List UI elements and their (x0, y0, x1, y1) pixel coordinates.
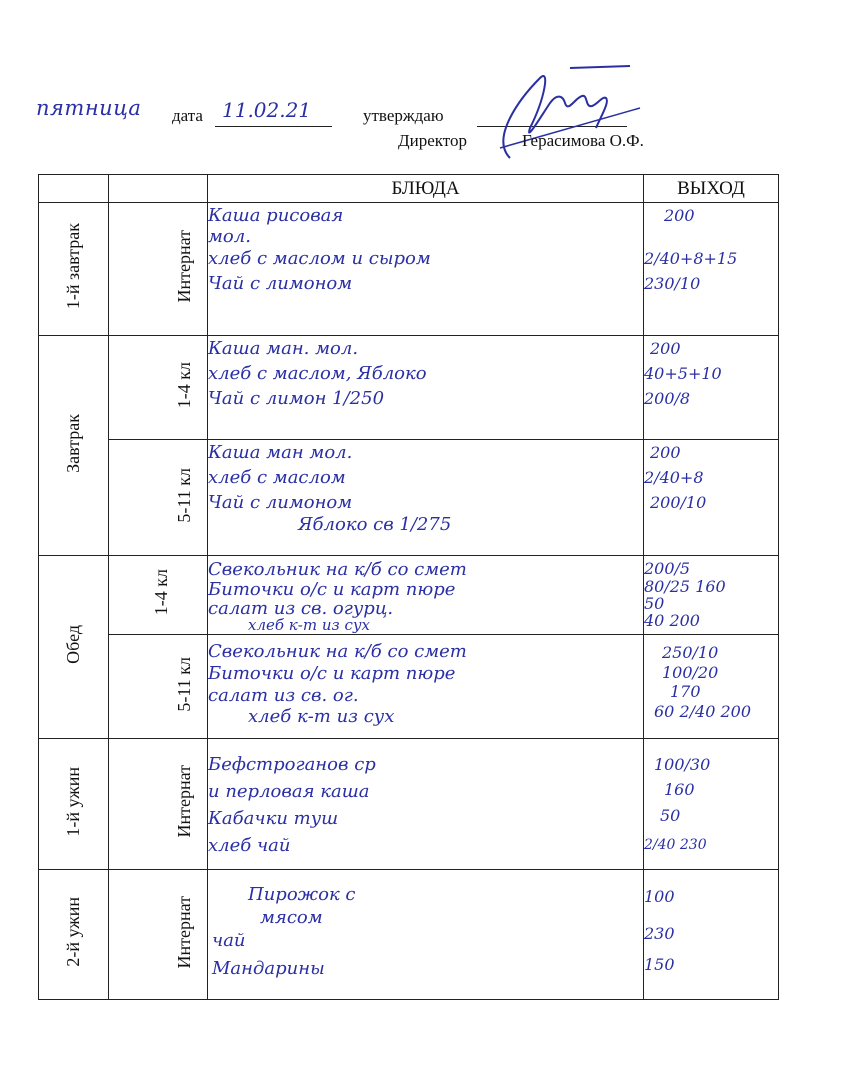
output-line: 50 (644, 596, 778, 612)
output-cell: 100 230 150 (644, 870, 779, 1000)
output-line: 100/30 (644, 751, 778, 778)
dish-line: Мандарины (212, 954, 643, 984)
dish-line: мол. (208, 228, 643, 246)
table-header-row: БЛЮДА ВЫХОД (39, 175, 779, 203)
output-line: 80/25 160 (644, 578, 778, 596)
dishes-cell: Пирожок с мясом чай Мандарины (208, 870, 644, 1000)
dish-line: хлеб с маслом (208, 465, 643, 490)
group-label: 1-4 кл (151, 569, 195, 615)
column-header-meal (39, 175, 109, 203)
dish-line: хлеб с маслом, Яблоко (208, 361, 643, 386)
dish-line: Яблоко св 1/275 (208, 515, 643, 535)
group-label: Интернат (174, 896, 195, 969)
dish-line: Каша ман. мол. (208, 336, 643, 361)
dishes-cell: Каша ман мол. хлеб с маслом Чай с лимоно… (208, 440, 644, 556)
output-line: 60 2/40 200 (654, 701, 778, 723)
dish-line: хлеб к-т из сух (208, 618, 643, 632)
dish-line: Бефстроганов ср (208, 751, 643, 778)
output-line: 2/40+8+15 (644, 246, 778, 271)
column-header-group (109, 175, 208, 203)
output-line: 100/20 (654, 663, 778, 683)
dish-line: Чай с лимоном (208, 490, 643, 515)
group-label: 5-11 кл (174, 657, 195, 712)
meal-cell: Завтрак (39, 336, 109, 556)
output-cell: 100/30 160 50 2/40 230 (644, 739, 779, 870)
output-line: 160 (644, 778, 778, 802)
table-row: 1-й ужин Интернат Бефстроганов ср и перл… (39, 739, 779, 870)
table-row: Завтрак 1-4 кл Каша ман. мол. хлеб с мас… (39, 336, 779, 440)
meal-label: 1-й ужин (63, 767, 84, 837)
dish-line: Свекольник на к/б со смет (208, 560, 643, 580)
output-line: 40+5+10 (644, 361, 778, 386)
group-cell: 1-4 кл (109, 556, 208, 635)
dishes-cell: Каша ман. мол. хлеб с маслом, Яблоко Чай… (208, 336, 644, 440)
output-line: 250/10 (654, 643, 778, 663)
dishes-cell: Бефстроганов ср и перловая каша Кабачки … (208, 739, 644, 870)
output-line (644, 910, 778, 918)
group-cell: Интернат (109, 739, 208, 870)
group-label: Интернат (174, 765, 195, 838)
signature-icon (470, 58, 650, 168)
output-line: 230 (644, 918, 778, 950)
menu-table: БЛЮДА ВЫХОД 1-й завтрак Интернат Каша ри… (38, 174, 779, 1000)
date-underline (215, 126, 332, 127)
dish-line: Чай с лимон 1/250 (208, 386, 643, 411)
output-line: 200/5 (644, 560, 778, 578)
director-name: Герасимова О.Ф. (522, 131, 644, 151)
dish-line: салат из св. ог. (208, 685, 643, 707)
output-line: 100 (644, 884, 778, 910)
dish-line: Свекольник на к/б со смет (208, 641, 643, 663)
director-label: Директор (398, 131, 467, 151)
dishes-cell: Свекольник на к/б со смет Биточки о/с и … (208, 556, 644, 635)
dish-line: мясом (248, 908, 643, 928)
output-line: 50 (644, 802, 778, 830)
dish-line: чай (212, 928, 643, 954)
dish-line: Кабачки туш (208, 805, 643, 832)
group-label: 1-4 кл (174, 362, 195, 408)
output-line: 200 (644, 203, 778, 228)
group-cell: Интернат (109, 870, 208, 1000)
output-cell: 250/10 100/20 170 60 2/40 200 (644, 635, 779, 739)
dish-line: Чай с лимоном (208, 271, 643, 296)
dish-line: и перловая каша (208, 778, 643, 805)
group-label: Интернат (174, 230, 195, 303)
meal-label: Обед (63, 625, 84, 664)
approve-label: утверждаю (363, 106, 444, 126)
output-line: 230/10 (644, 271, 778, 296)
output-cell: 200 40+5+10 200/8 (644, 336, 779, 440)
output-cell: 200 2/40+8 200/10 (644, 440, 779, 556)
table-row: 5-11 кл Каша ман мол. хлеб с маслом Чай … (39, 440, 779, 556)
dish-line: Пирожок с (248, 882, 643, 908)
dishes-cell: Каша рисовая мол. хлеб с маслом и сыром … (208, 203, 644, 336)
group-cell: 1-4 кл (109, 336, 208, 440)
dish-line: хлеб к-т из сух (208, 707, 643, 727)
dish-line: хлеб с маслом и сыром (208, 246, 643, 271)
table-row: Обед 1-4 кл Свекольник на к/б со смет Би… (39, 556, 779, 635)
group-cell: 5-11 кл (109, 635, 208, 739)
date-label: дата (172, 106, 203, 126)
meal-cell: 1-й ужин (39, 739, 109, 870)
meal-cell: 1-й завтрак (39, 203, 109, 336)
dish-line: Биточки о/с и карт пюре (208, 580, 643, 600)
meal-label: 2-й ужин (63, 897, 84, 967)
meal-cell: 2-й ужин (39, 870, 109, 1000)
column-header-output: ВЫХОД (644, 175, 779, 203)
day-of-week-handwritten: пятница (36, 96, 141, 120)
output-line: 200/10 (644, 490, 778, 515)
dish-line: Каша ман мол. (208, 440, 643, 465)
output-line (644, 228, 778, 246)
group-cell: Интернат (109, 203, 208, 336)
meal-cell: Обед (39, 556, 109, 739)
column-header-dishes: БЛЮДА (208, 175, 644, 203)
table-row: 1-й завтрак Интернат Каша рисовая мол. х… (39, 203, 779, 336)
dishes-cell: Свекольник на к/б со смет Биточки о/с и … (208, 635, 644, 739)
output-line: 200 (644, 440, 778, 465)
output-cell: 200 2/40+8+15 230/10 (644, 203, 779, 336)
output-line: 40 200 (644, 612, 778, 630)
meal-label: Завтрак (63, 414, 84, 473)
dish-line: Каша рисовая (208, 203, 643, 228)
output-cell: 200/5 80/25 160 50 40 200 (644, 556, 779, 635)
meal-label: 1-й завтрак (63, 223, 84, 309)
group-label: 5-11 кл (174, 468, 195, 523)
dish-line: хлеб чай (208, 832, 643, 859)
table-row: 5-11 кл Свекольник на к/б со смет Биточк… (39, 635, 779, 739)
table-row: 2-й ужин Интернат Пирожок с мясом чай Ма… (39, 870, 779, 1000)
group-cell: 5-11 кл (109, 440, 208, 556)
date-value: 11.02.21 (222, 98, 311, 122)
output-line: 200/8 (644, 386, 778, 411)
output-line: 150 (644, 950, 778, 980)
dish-line: Биточки о/с и карт пюре (208, 663, 643, 685)
output-line: 200 (644, 336, 778, 361)
output-line: 170 (654, 683, 778, 701)
output-line: 2/40 230 (644, 830, 778, 860)
output-line: 2/40+8 (644, 465, 778, 490)
